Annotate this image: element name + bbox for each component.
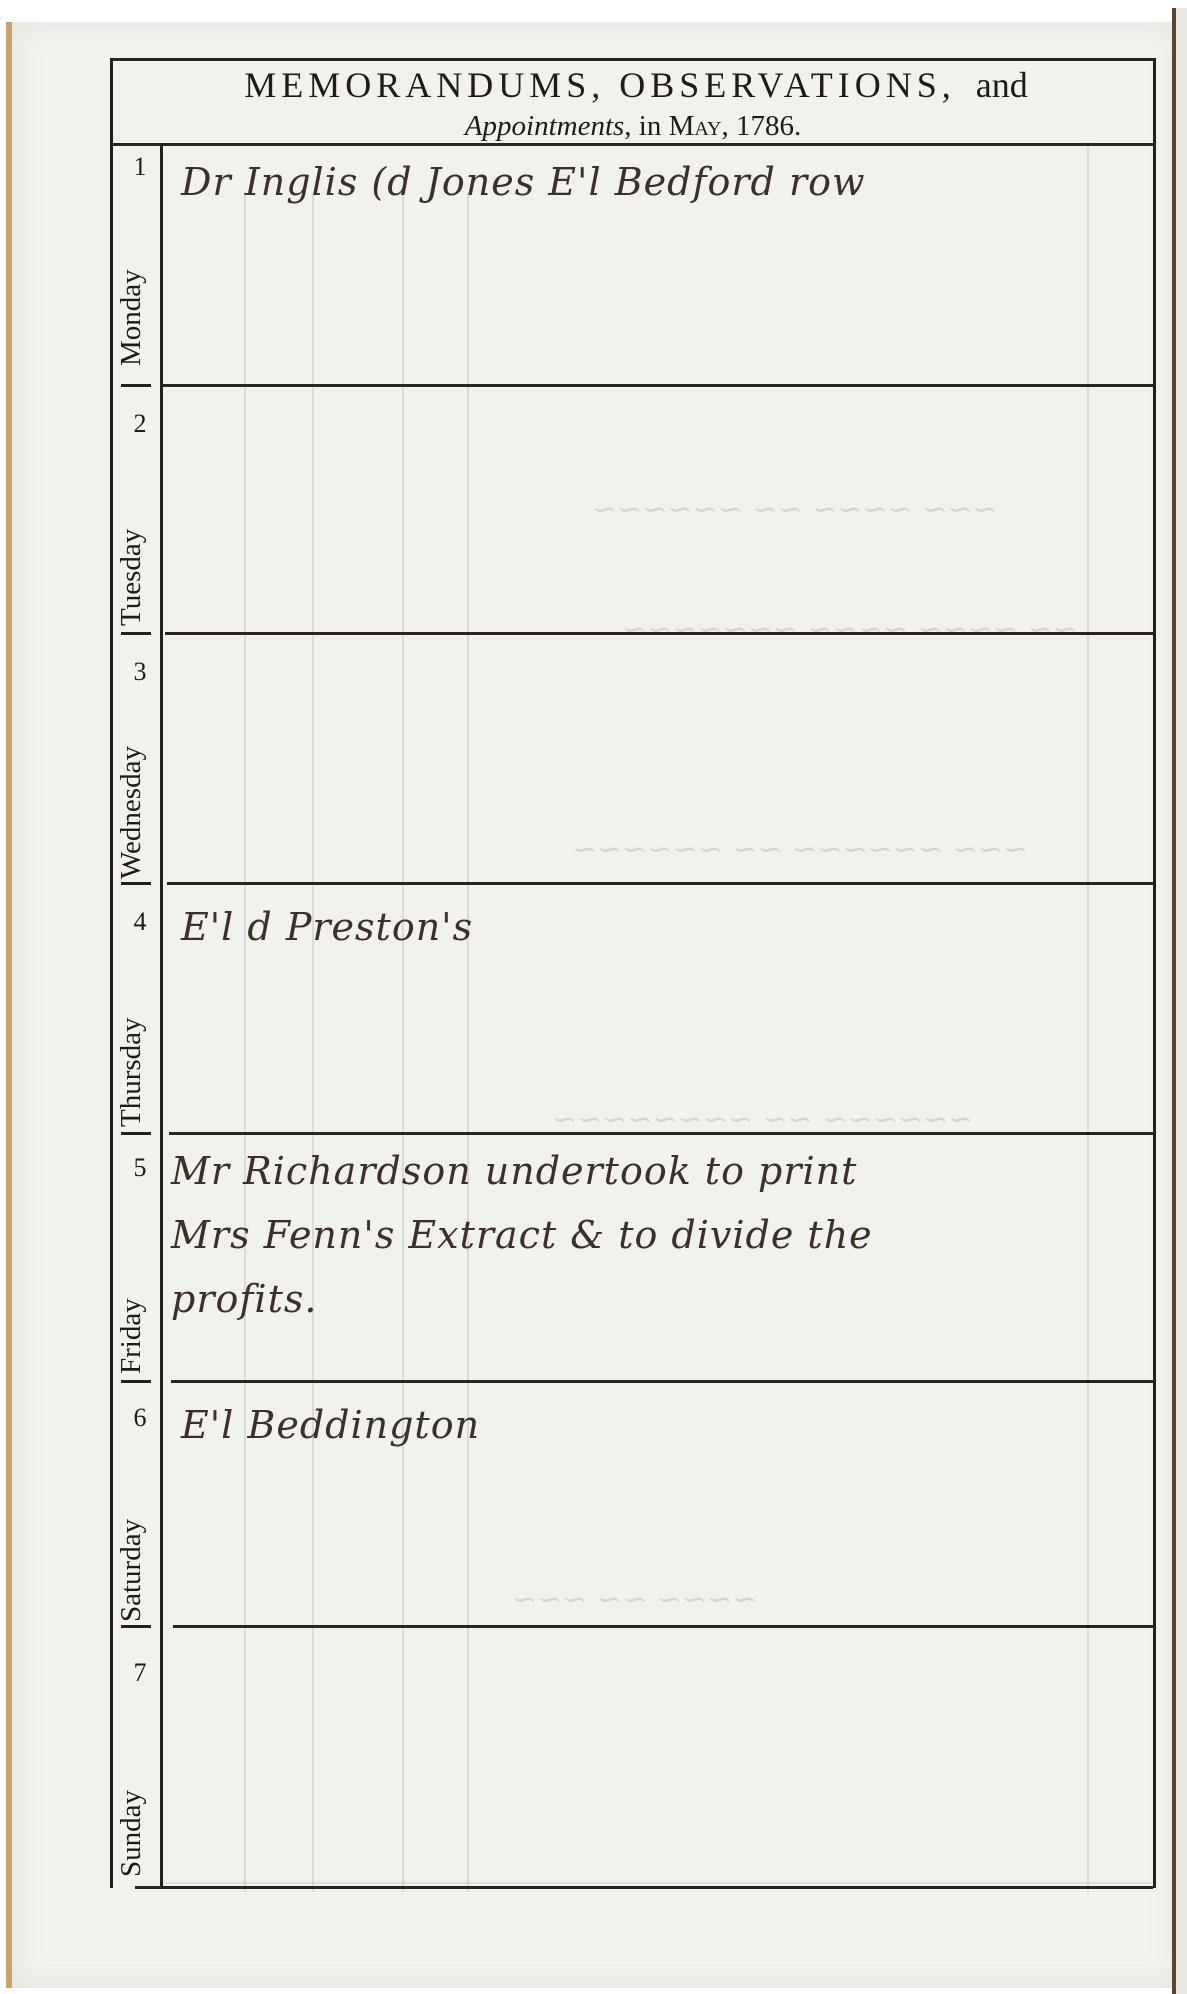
row-tick bbox=[121, 882, 151, 885]
handwritten-entry: Dr Inglis (d Jones E'l Bedford row bbox=[181, 150, 1123, 214]
day-name: Tuesday bbox=[115, 471, 155, 626]
day-number: 7 bbox=[123, 1658, 157, 1688]
row-tick bbox=[121, 1132, 151, 1135]
row-rule bbox=[173, 1625, 1153, 1628]
day-row-saturday: 6 Saturday E'l Beddington bbox=[113, 1387, 1153, 1632]
row-tick bbox=[121, 384, 151, 387]
day-row-wednesday: 3 Wednesday bbox=[113, 639, 1153, 889]
day-name: Friday bbox=[115, 1254, 155, 1374]
memorandum-table: MEMORANDUMS, OBSERVATIONS, and Appointme… bbox=[110, 58, 1156, 1888]
top-rule bbox=[113, 58, 1153, 61]
page-title: MEMORANDUMS, OBSERVATIONS, and bbox=[133, 64, 1139, 106]
day-number: 5 bbox=[123, 1153, 157, 1183]
day-row-monday: 1 Monday Dr Inglis (d Jones E'l Bedford … bbox=[113, 146, 1153, 391]
day-name: Thursday bbox=[115, 967, 155, 1127]
row-rule bbox=[171, 1380, 1153, 1383]
row-tick bbox=[121, 1625, 151, 1628]
row-rule bbox=[169, 1132, 1153, 1135]
day-name: Wednesday bbox=[115, 689, 155, 879]
handwritten-entry: Mr Richardson undertook to print Mrs Fen… bbox=[171, 1139, 1123, 1331]
day-name: Saturday bbox=[115, 1462, 155, 1622]
row-rule bbox=[165, 632, 1153, 635]
day-row-tuesday: 2 Tuesday bbox=[113, 391, 1153, 639]
adjacent-page-edge bbox=[1176, 8, 1187, 1994]
handwritten-entry: E'l d Preston's bbox=[181, 895, 1123, 959]
day-row-friday: 5 Friday Mr Richardson undertook to prin… bbox=[113, 1139, 1153, 1387]
day-name: Monday bbox=[115, 216, 155, 366]
day-number: 2 bbox=[123, 409, 157, 439]
bottom-rule bbox=[135, 1886, 1153, 1889]
row-tick bbox=[121, 1380, 151, 1383]
day-row-thursday: 4 Thursday E'l d Preston's bbox=[113, 889, 1153, 1139]
page-subtitle: Appointments, in May, 1786. bbox=[113, 110, 1153, 143]
day-number: 4 bbox=[123, 907, 157, 937]
row-rule bbox=[167, 882, 1153, 885]
day-number: 6 bbox=[123, 1403, 157, 1433]
day-name: Sunday bbox=[115, 1742, 155, 1877]
day-row-sunday: 7 Sunday bbox=[113, 1632, 1153, 1888]
row-rule bbox=[163, 384, 1153, 387]
row-tick bbox=[121, 632, 151, 635]
handwritten-entry: E'l Beddington bbox=[181, 1393, 1123, 1457]
day-number: 1 bbox=[123, 152, 157, 182]
day-number: 3 bbox=[123, 657, 157, 687]
